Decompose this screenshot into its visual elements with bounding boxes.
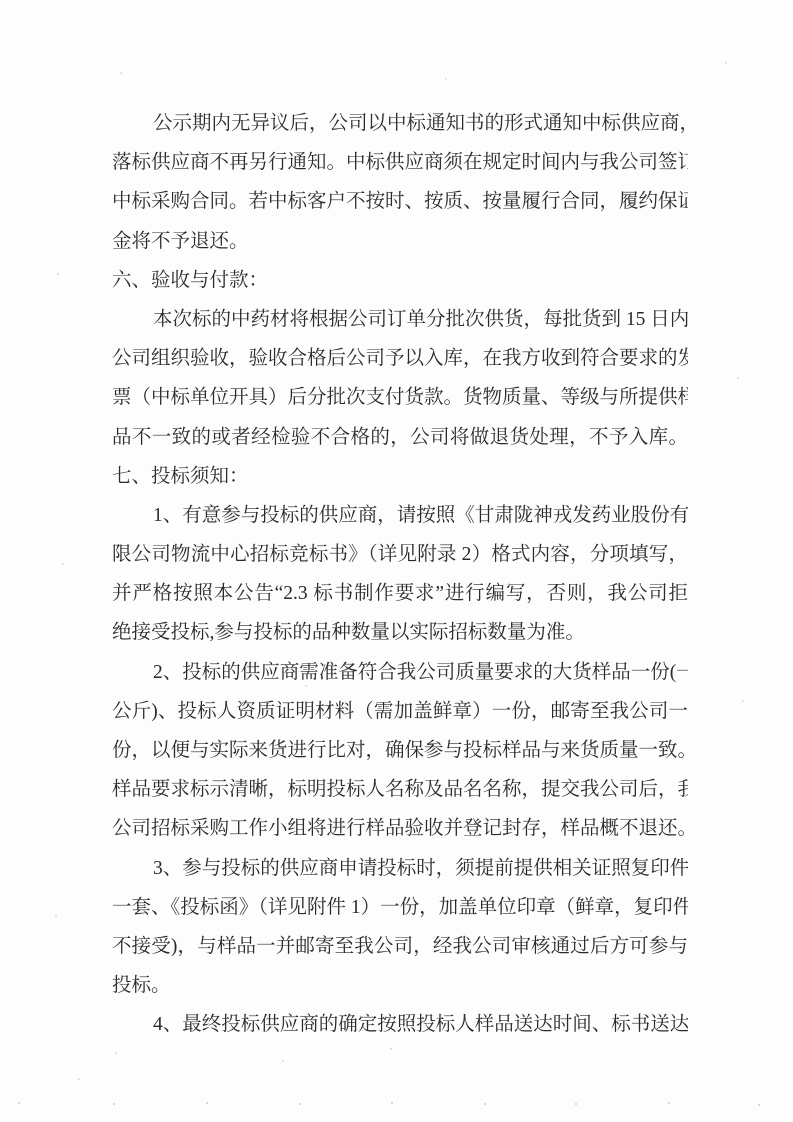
text-line: 品不一致的或者经检验不合格的，公司将做退货处理，不予入库。 xyxy=(112,418,688,457)
text-line: 公司组织验收，验收合格后公司予以入库，在我方收到符合要求的发 xyxy=(112,339,688,378)
text-line: 中标采购合同。若中标客户不按时、按质、按量履行合同，履约保证 xyxy=(112,182,688,221)
text-line: 投标。 xyxy=(112,966,688,1005)
text-line: 公斤)、投标人资质证明材料（需加盖鲜章）一份，邮寄至我公司一 xyxy=(112,692,688,731)
text-line: 3、参与投标的供应商申请投标时，须提前提供相关证照复印件 xyxy=(112,849,688,888)
text-line: 六、验收与付款： xyxy=(112,261,688,300)
text-line: 一套、《投标函》（详见附件 1）一份，加盖单位印章（鲜章，复印件 xyxy=(112,888,688,927)
text-line: 份，以便与实际来货进行比对，确保参与投标样品与来货质量一致。 xyxy=(112,731,688,770)
text-line: 限公司物流中心招标竞标书》（详见附录 2）格式内容，分项填写， xyxy=(112,535,688,574)
text-line: 公示期内无异议后，公司以中标通知书的形式通知中标供应商， xyxy=(112,104,688,143)
text-line: 七、投标须知： xyxy=(112,457,688,496)
text-line: 金将不予退还。 xyxy=(112,222,688,261)
document-text-block: 公示期内无异议后，公司以中标通知书的形式通知中标供应商，落标供应商不再另行通知。… xyxy=(112,104,688,1045)
text-line: 票（中标单位开具）后分批次支付货款。货物质量、等级与所提供样 xyxy=(112,378,688,417)
text-line: 公司招标采购工作小组将进行样品验收并登记封存，样品概不退还。 xyxy=(112,809,688,848)
text-line: 落标供应商不再另行通知。中标供应商须在规定时间内与我公司签订 xyxy=(112,143,688,182)
text-line: 并严格按照本公告“2.3 标书制作要求”进行编写，否则，我公司拒 xyxy=(112,574,688,613)
text-line: 2、投标的供应商需准备符合我公司质量要求的大货样品一份(一 xyxy=(112,653,688,692)
text-line: 不接受)，与样品一并邮寄至我公司，经我公司审核通过后方可参与 xyxy=(112,927,688,966)
document-page: 公示期内无异议后，公司以中标通知书的形式通知中标供应商，落标供应商不再另行通知。… xyxy=(0,0,793,1122)
text-line: 4、最终投标供应商的确定按照投标人样品送达时间、标书送达 xyxy=(112,1005,688,1044)
text-line: 本次标的中药材将根据公司订单分批次供货，每批货到 15 日内 xyxy=(112,300,688,339)
text-line: 样品要求标示清晰，标明投标人名称及品名名称，提交我公司后，我 xyxy=(112,770,688,809)
text-line: 1、有意参与投标的供应商，请按照《甘肃陇神戎发药业股份有 xyxy=(112,496,688,535)
scan-noise-layer xyxy=(0,0,2,2)
text-line: 绝接受投标,参与投标的品种数量以实际招标数量为准。 xyxy=(112,613,688,652)
